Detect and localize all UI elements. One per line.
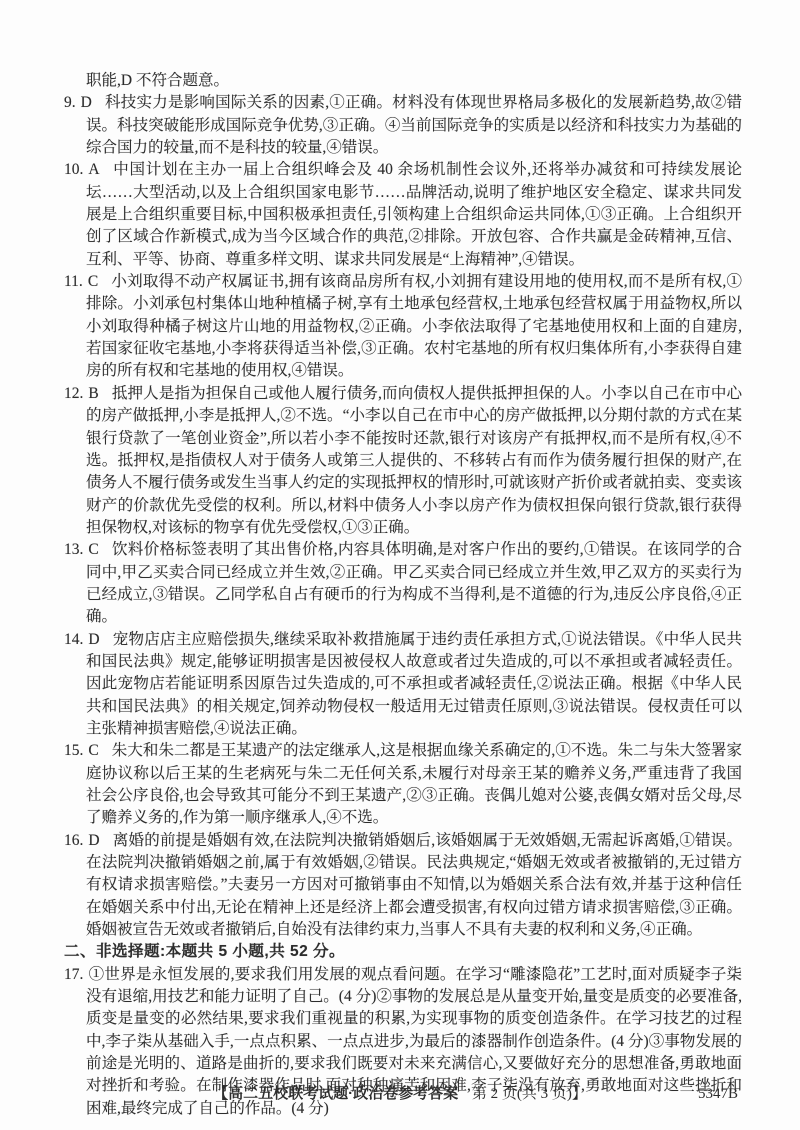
answer-item: 16.D离婚的前提是婚姻有效,在法院判决撤销婚姻后,该婚姻属于无效婚姻,无需起诉… [64,830,742,942]
answer-item: 11.C小刘取得不动产权属证书,拥有该商品房所有权,小刘拥有建设用地的使用权,而… [64,271,742,383]
answer-letter: D [88,631,99,648]
answer-explanation: 中国计划在主办一届上合组织峰会及 40 余场机制性会议外,还将举办减贫和可持续发… [86,161,742,267]
question-number: 15. [64,742,83,759]
section-two-header: 二、非选择题:本题共 5 小题,共 52 分。 [64,941,742,963]
answer-explanation: 科技实力是影响国际关系的因素,①正确。材料没有体现世界格局多极化的发展新趋势,故… [86,94,742,156]
question-number: 14. [64,631,83,648]
question-number: 16. [64,832,83,849]
answer-letter: A [88,161,99,178]
answers-content: 职能,D 不符合题意。 9.D科技实力是影响国际关系的因素,①正确。材料没有体现… [64,70,742,1120]
page-footer: 【高二五校联考试题·政治卷参考答案 第 2 页(共 3 页)】 5347B [0,1083,800,1107]
answer-item: 14.D宠物店店主应赔偿损失,继续采取补救措施属于违约责任承担方式,①说法错误。… [64,629,742,741]
answer-explanation: 饮料价格标签表明了其出售价格,内容具体明确,是对客户作出的要约,①错误。在该同学… [86,541,742,625]
answer-item: 10.A中国计划在主办一届上合组织峰会及 40 余场机制性会议外,还将举办减贫和… [64,159,742,271]
question-number: 10. [64,161,83,178]
question-number: 12. [64,385,83,402]
footer-caption: 【高二五校联考试题·政治卷参考答案 第 2 页(共 3 页)】 [0,1083,800,1105]
question-number: 11. [64,273,83,290]
question-number: 9. [64,94,76,111]
exam-answer-page: 职能,D 不符合题意。 9.D科技实力是影响国际关系的因素,①正确。材料没有体现… [0,0,800,1130]
answer-explanation: 朱大和朱二都是王某遗产的法定继承人,这是根据血缘关系确定的,①不选。朱二与朱大签… [86,742,742,826]
answer-letter: C [88,273,98,290]
footer-title: 【高二五校联考试题·政治卷参考答案 [213,1085,458,1102]
answer-explanation: 宠物店店主应赔偿损失,继续采取补救措施属于违约责任承担方式,①说法错误。《中华人… [86,631,742,737]
question-number: 13. [64,541,83,558]
footer-page-number: 第 2 页(共 3 页)】 [472,1086,587,1102]
answer-item: 9.D科技实力是影响国际关系的因素,①正确。材料没有体现世界格局多极化的发展新趋… [64,92,742,159]
answer-letter: D [81,94,92,111]
answer-explanation: 离婚的前提是婚姻有效,在法院判决撤销婚姻后,该婚姻属于无效婚姻,无需起诉离婚,①… [86,832,742,938]
continuation-text: 职能,D 不符合题意。 [64,70,742,92]
answer-letter: C [88,742,98,759]
answer-letter: D [88,832,99,849]
answer-list: 9.D科技实力是影响国际关系的因素,①正确。材料没有体现世界格局多极化的发展新趋… [64,92,742,941]
paper-code: 5347B [698,1083,738,1105]
answer-explanation: 抵押人是指为担保自己或他人履行债务,而向债权人提供抵押担保的人。小李以自己在市中… [86,385,742,536]
answer-item: 15.C朱大和朱二都是王某遗产的法定继承人,这是根据血缘关系确定的,①不选。朱二… [64,740,742,829]
answer-item: 13.C饮料价格标签表明了其出售价格,内容具体明确,是对客户作出的要约,①错误。… [64,539,742,628]
answer-letter: C [88,541,98,558]
answer-letter: B [88,385,98,402]
answer-item: 12.B抵押人是指为担保自己或他人履行债务,而向债权人提供抵押担保的人。小李以自… [64,383,742,539]
answer-explanation: 小刘取得不动产权属证书,拥有该商品房所有权,小刘拥有建设用地的使用权,而不是所有… [86,273,742,379]
question-number: 17. [64,966,83,983]
